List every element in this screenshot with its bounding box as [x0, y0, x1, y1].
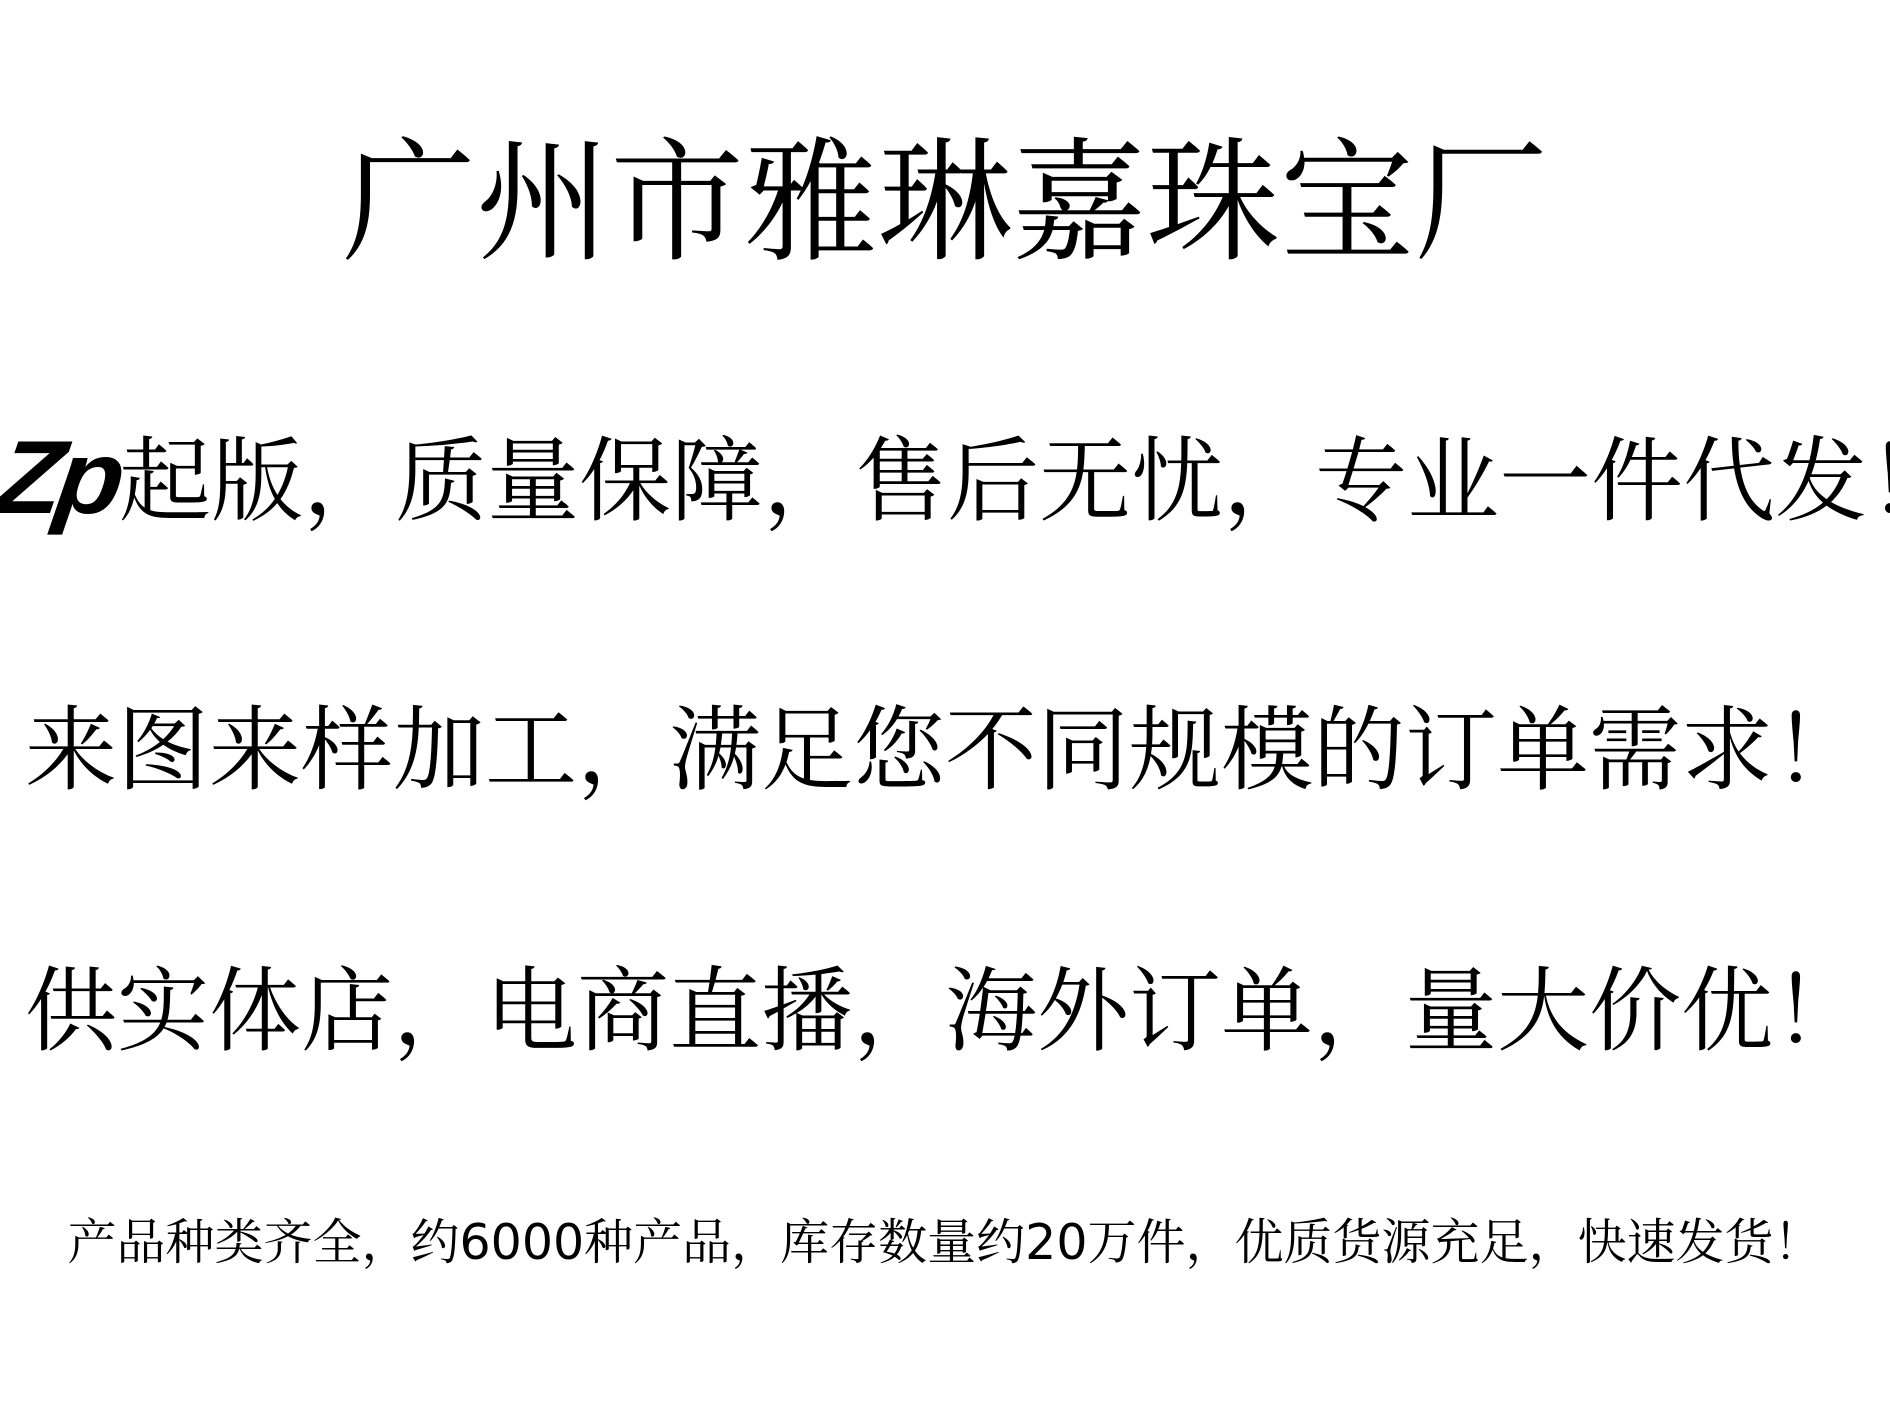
company-title: 广州市雅琳嘉珠宝厂	[0, 136, 1890, 270]
tagline-channels: 供实体店，电商直播，海外订单，量大价优！	[0, 966, 1890, 1058]
tagline-quality: Zp起版，质量保障，售后无忧，专业一件代发！	[0, 426, 1890, 530]
tagline-custom-processing: 来图来样加工，满足您不同规模的订单需求！	[0, 705, 1890, 797]
tagline-quality-text: 起版，质量保障，售后无忧，专业一件代发！	[119, 428, 1890, 535]
zp-logo: Zp	[0, 426, 125, 530]
tagline-inventory: 产品种类齐全，约6000种产品，库存数量约20万件，优质货源充足，快速发货！	[0, 1218, 1890, 1267]
